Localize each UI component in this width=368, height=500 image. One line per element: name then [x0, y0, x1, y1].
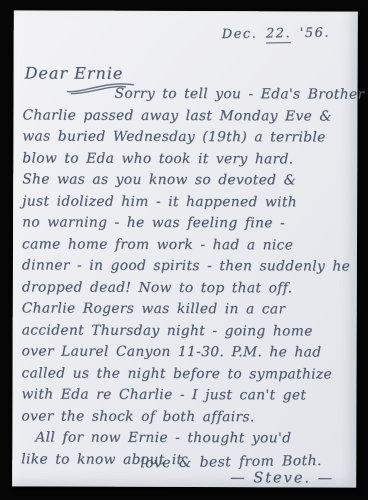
date-year: '56.	[299, 26, 329, 41]
letter-line: with Eda re Charlie - I just can't get	[21, 384, 352, 407]
letter-line: over the shock of both affairs.	[21, 406, 352, 429]
letter-line: Charlie Rogers was killed in a car	[22, 298, 353, 321]
letter-line: over Laurel Canyon 11-30. P.M. he had	[22, 341, 353, 364]
letter-line: was buried Wednesday (19th) a terrible	[22, 126, 353, 149]
signature: — Steve. —	[230, 470, 334, 486]
letter-line: accident Thursday night - going home	[22, 320, 353, 343]
letter-line: Sorry to tell you - Eda's Brother	[115, 84, 354, 106]
date-month: Dec.	[221, 27, 257, 42]
letter-body: Sorry to tell you - Eda's Brother Charli…	[21, 83, 353, 471]
letter-line: Charlie passed away last Monday Eve &	[22, 105, 353, 128]
closing-line: love & best from Both.	[140, 453, 322, 472]
letter-paper: Dec. 22. '56. Dear Ernie Sorry to tell y…	[12, 10, 358, 487]
letter-line: no warning - he was feeling fine -	[22, 212, 353, 235]
date-day: 22.	[266, 26, 291, 43]
letter-line: just idolized him - it happened with	[22, 191, 353, 214]
letter-line: blow to Eda who took it very hard.	[22, 148, 353, 171]
letter-line: came home from work - had a nice	[22, 234, 353, 257]
letter-date: Dec. 22. '56.	[221, 26, 329, 43]
letter-line: dinner - in good spirits - then suddenly…	[22, 255, 353, 278]
photo-background: Dec. 22. '56. Dear Ernie Sorry to tell y…	[0, 0, 368, 500]
letter-line: called us the night before to sympathize	[22, 363, 353, 386]
letter-line: All for now Ernie - thought you'd	[35, 427, 352, 450]
letter-line: dropped dead! Now to top that off.	[22, 277, 353, 300]
letter-line: She was as you know so devoted &	[22, 169, 353, 192]
